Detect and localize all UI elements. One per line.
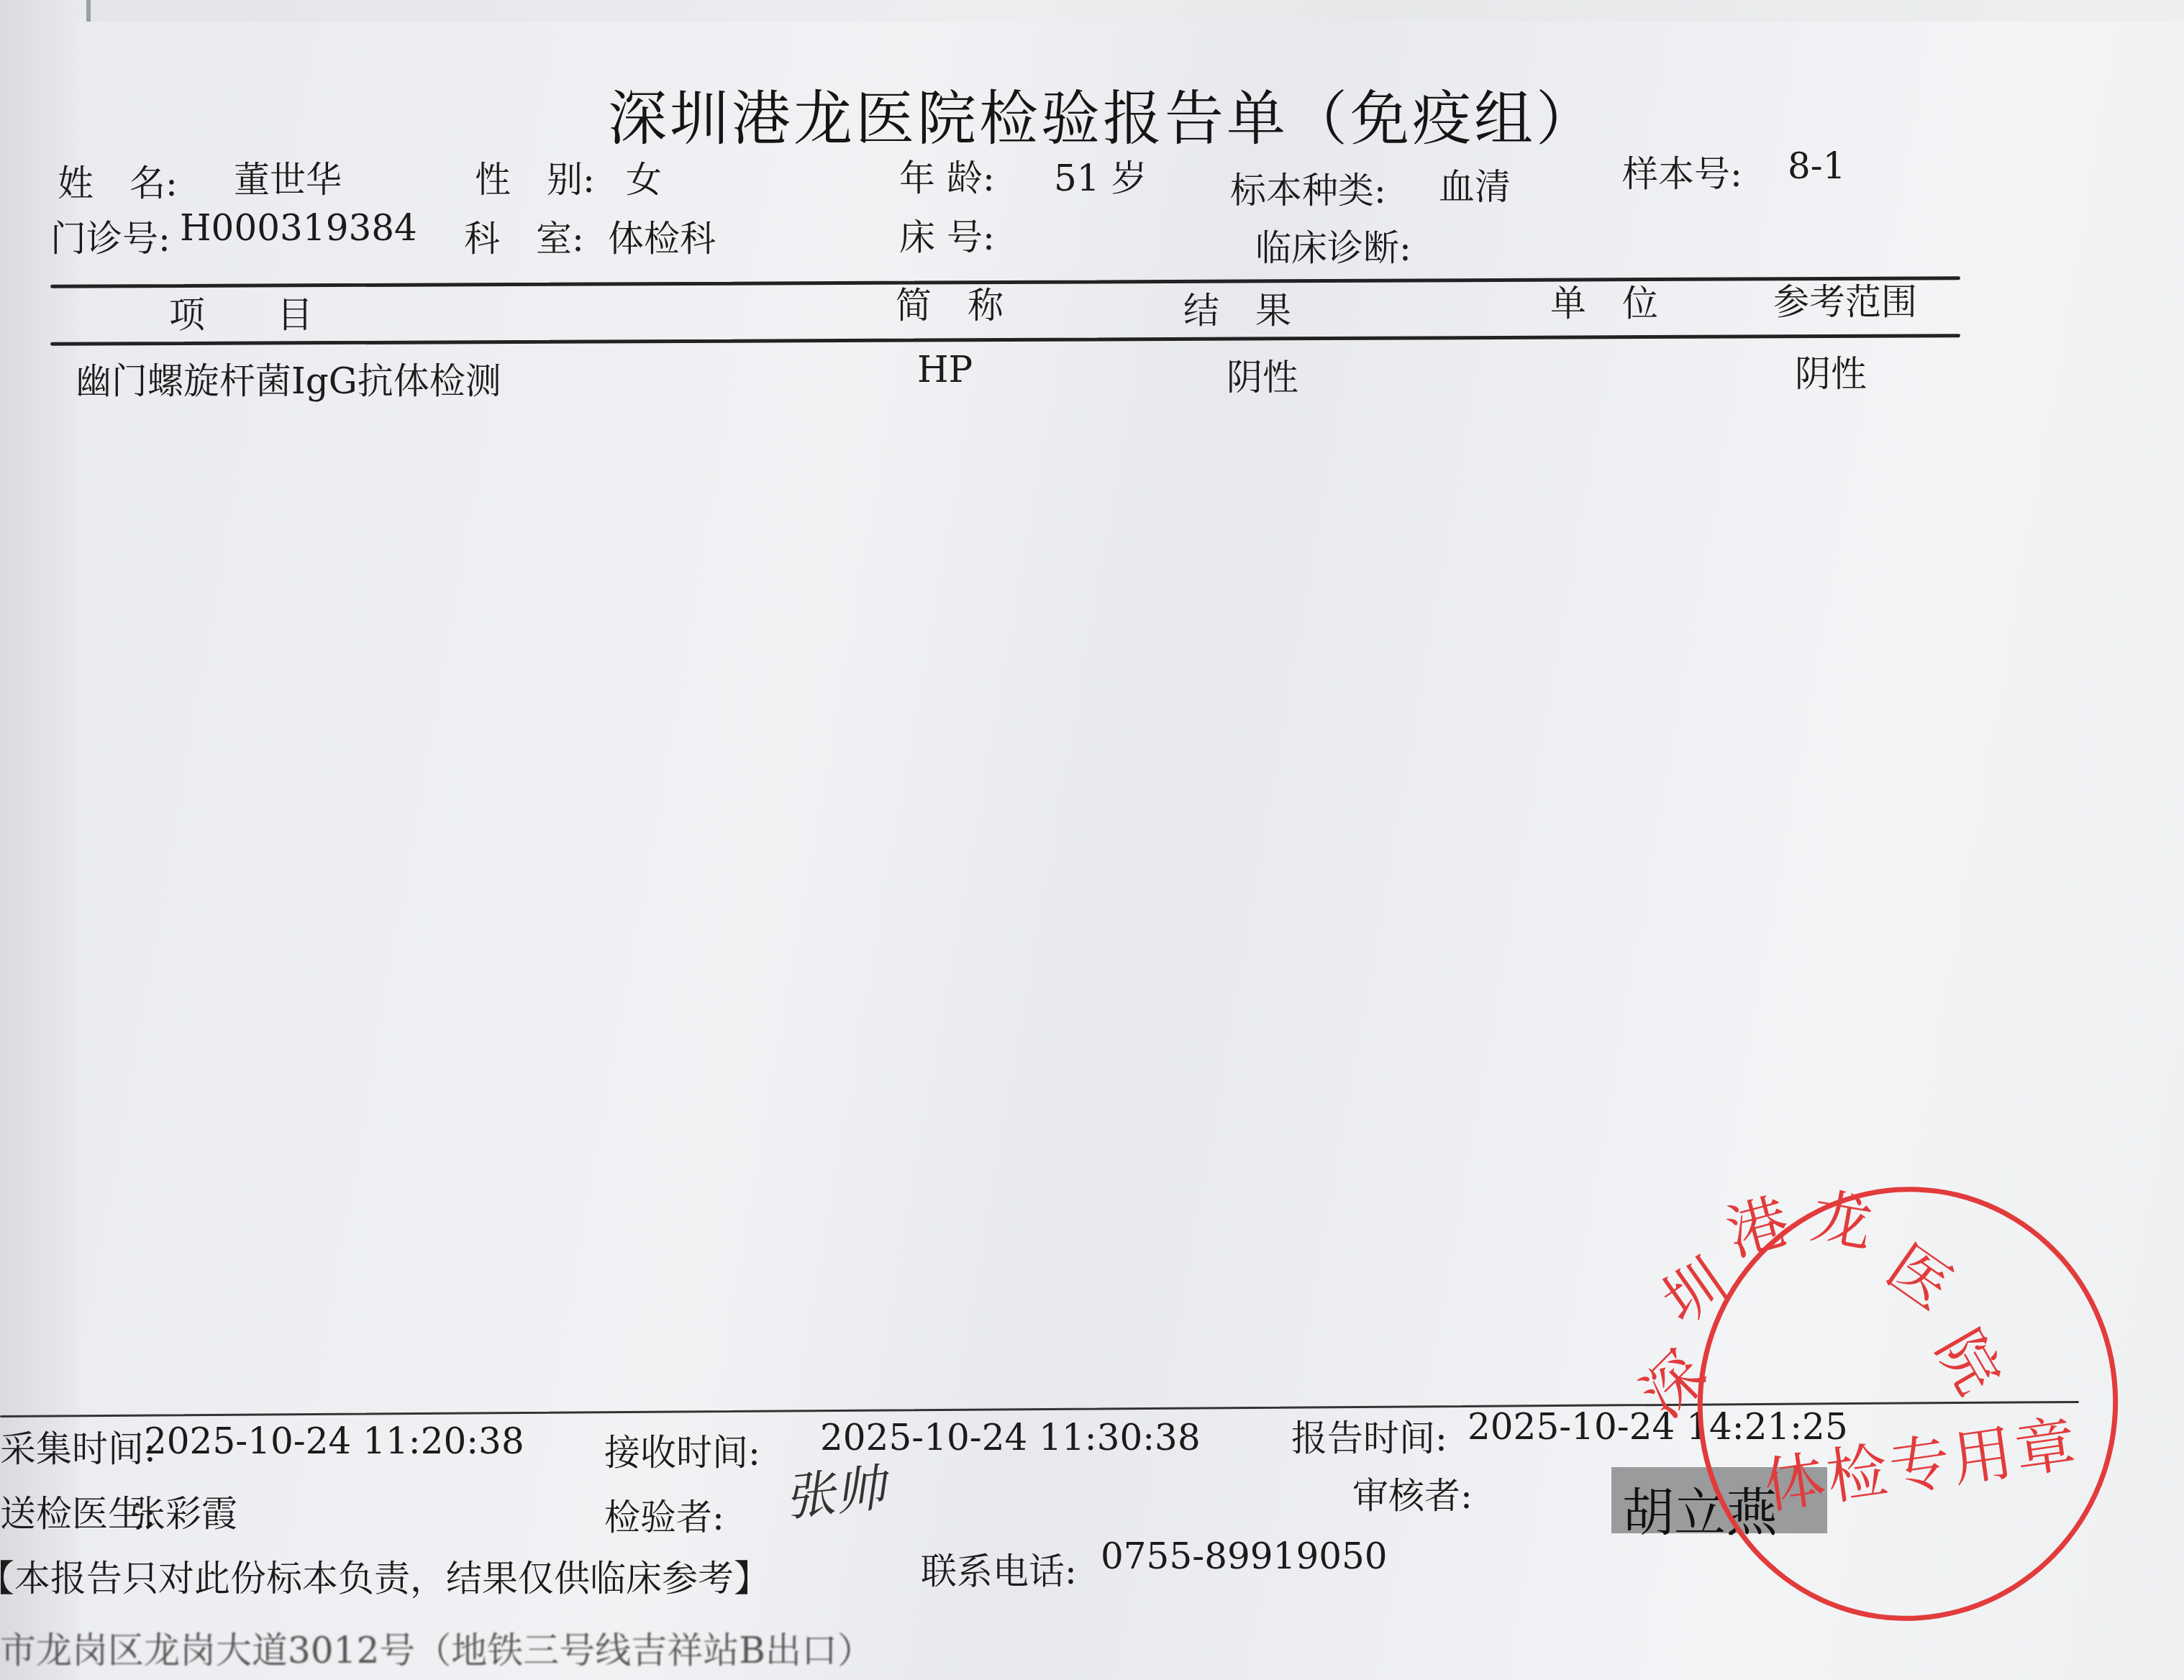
age-label: 年 龄: bbox=[899, 150, 995, 201]
receive-time-label: 接收时间: bbox=[604, 1424, 760, 1476]
col-header-reference: 参考范围 bbox=[1773, 273, 1917, 325]
row-reference: 阴性 bbox=[1795, 345, 1867, 397]
patient-name: 董世华 bbox=[234, 151, 342, 203]
col-header-abbr: 简 称 bbox=[896, 277, 1004, 329]
tester-label: 检验者: bbox=[604, 1489, 724, 1540]
sample-no-label: 样本号: bbox=[1622, 145, 1742, 197]
stamp-ring-char: 港 bbox=[1716, 1173, 1797, 1273]
disclaimer: 【本报告只对此份标本负责，结果仅供临床参考】 bbox=[0, 1550, 770, 1602]
gender-label: 性 别: bbox=[475, 151, 595, 203]
reviewer-label: 审核者: bbox=[1352, 1467, 1473, 1519]
sending-doctor-value: 张彩霞 bbox=[129, 1485, 237, 1537]
phone-value: 0755-89919050 bbox=[1101, 1535, 1388, 1577]
tester-signature: 张帅 bbox=[781, 1448, 888, 1530]
clinical-diagnosis-label: 临床诊断: bbox=[1255, 219, 1411, 271]
report-time-label: 报告时间: bbox=[1291, 1410, 1447, 1461]
row-result: 阴性 bbox=[1227, 349, 1298, 401]
row-abbr: HP bbox=[917, 349, 973, 391]
specimen-type-label: 标本种类: bbox=[1230, 162, 1386, 214]
collect-time-label: 采集时间: bbox=[0, 1420, 156, 1472]
lab-report-sheet: 深圳港龙医院检验报告单（免疫组） 姓 名: 董世华 性 别: 女 年 龄: 51… bbox=[79, 22, 2184, 1680]
gender-value: 女 bbox=[626, 151, 662, 203]
collect-time-value: 2025-10-24 11:20:38 bbox=[144, 1420, 524, 1462]
department-label: 科 室: bbox=[464, 210, 584, 262]
hospital-address: 深圳市龙岗区龙岗大道3012号（地铁三号线吉祥站B出口） bbox=[0, 1622, 873, 1674]
col-header-unit: 单 位 bbox=[1550, 275, 1658, 327]
patient-name-label: 姓 名: bbox=[58, 155, 178, 206]
bed-no-label: 床 号: bbox=[899, 209, 995, 260]
outpatient-no-label: 门诊号: bbox=[50, 210, 170, 262]
outpatient-no-value: H000319384 bbox=[180, 207, 417, 249]
col-header-item: 项 目 bbox=[169, 286, 313, 338]
specimen-type-value: 血清 bbox=[1439, 158, 1511, 210]
department-value: 体检科 bbox=[608, 210, 716, 262]
age-value: 51 岁 bbox=[1054, 150, 1147, 201]
row-item: 幽门螺旋杆菌IgG抗体检测 bbox=[76, 352, 501, 404]
col-header-result: 结 果 bbox=[1183, 282, 1291, 334]
phone-label: 联系电话: bbox=[921, 1543, 1077, 1594]
report-title: 深圳港龙医院检验报告单（免疫组） bbox=[608, 72, 1598, 156]
table-header-bottom-rule bbox=[50, 334, 1960, 346]
table-top-rule bbox=[50, 276, 1960, 288]
sample-no-value: 8-1 bbox=[1788, 145, 1846, 187]
